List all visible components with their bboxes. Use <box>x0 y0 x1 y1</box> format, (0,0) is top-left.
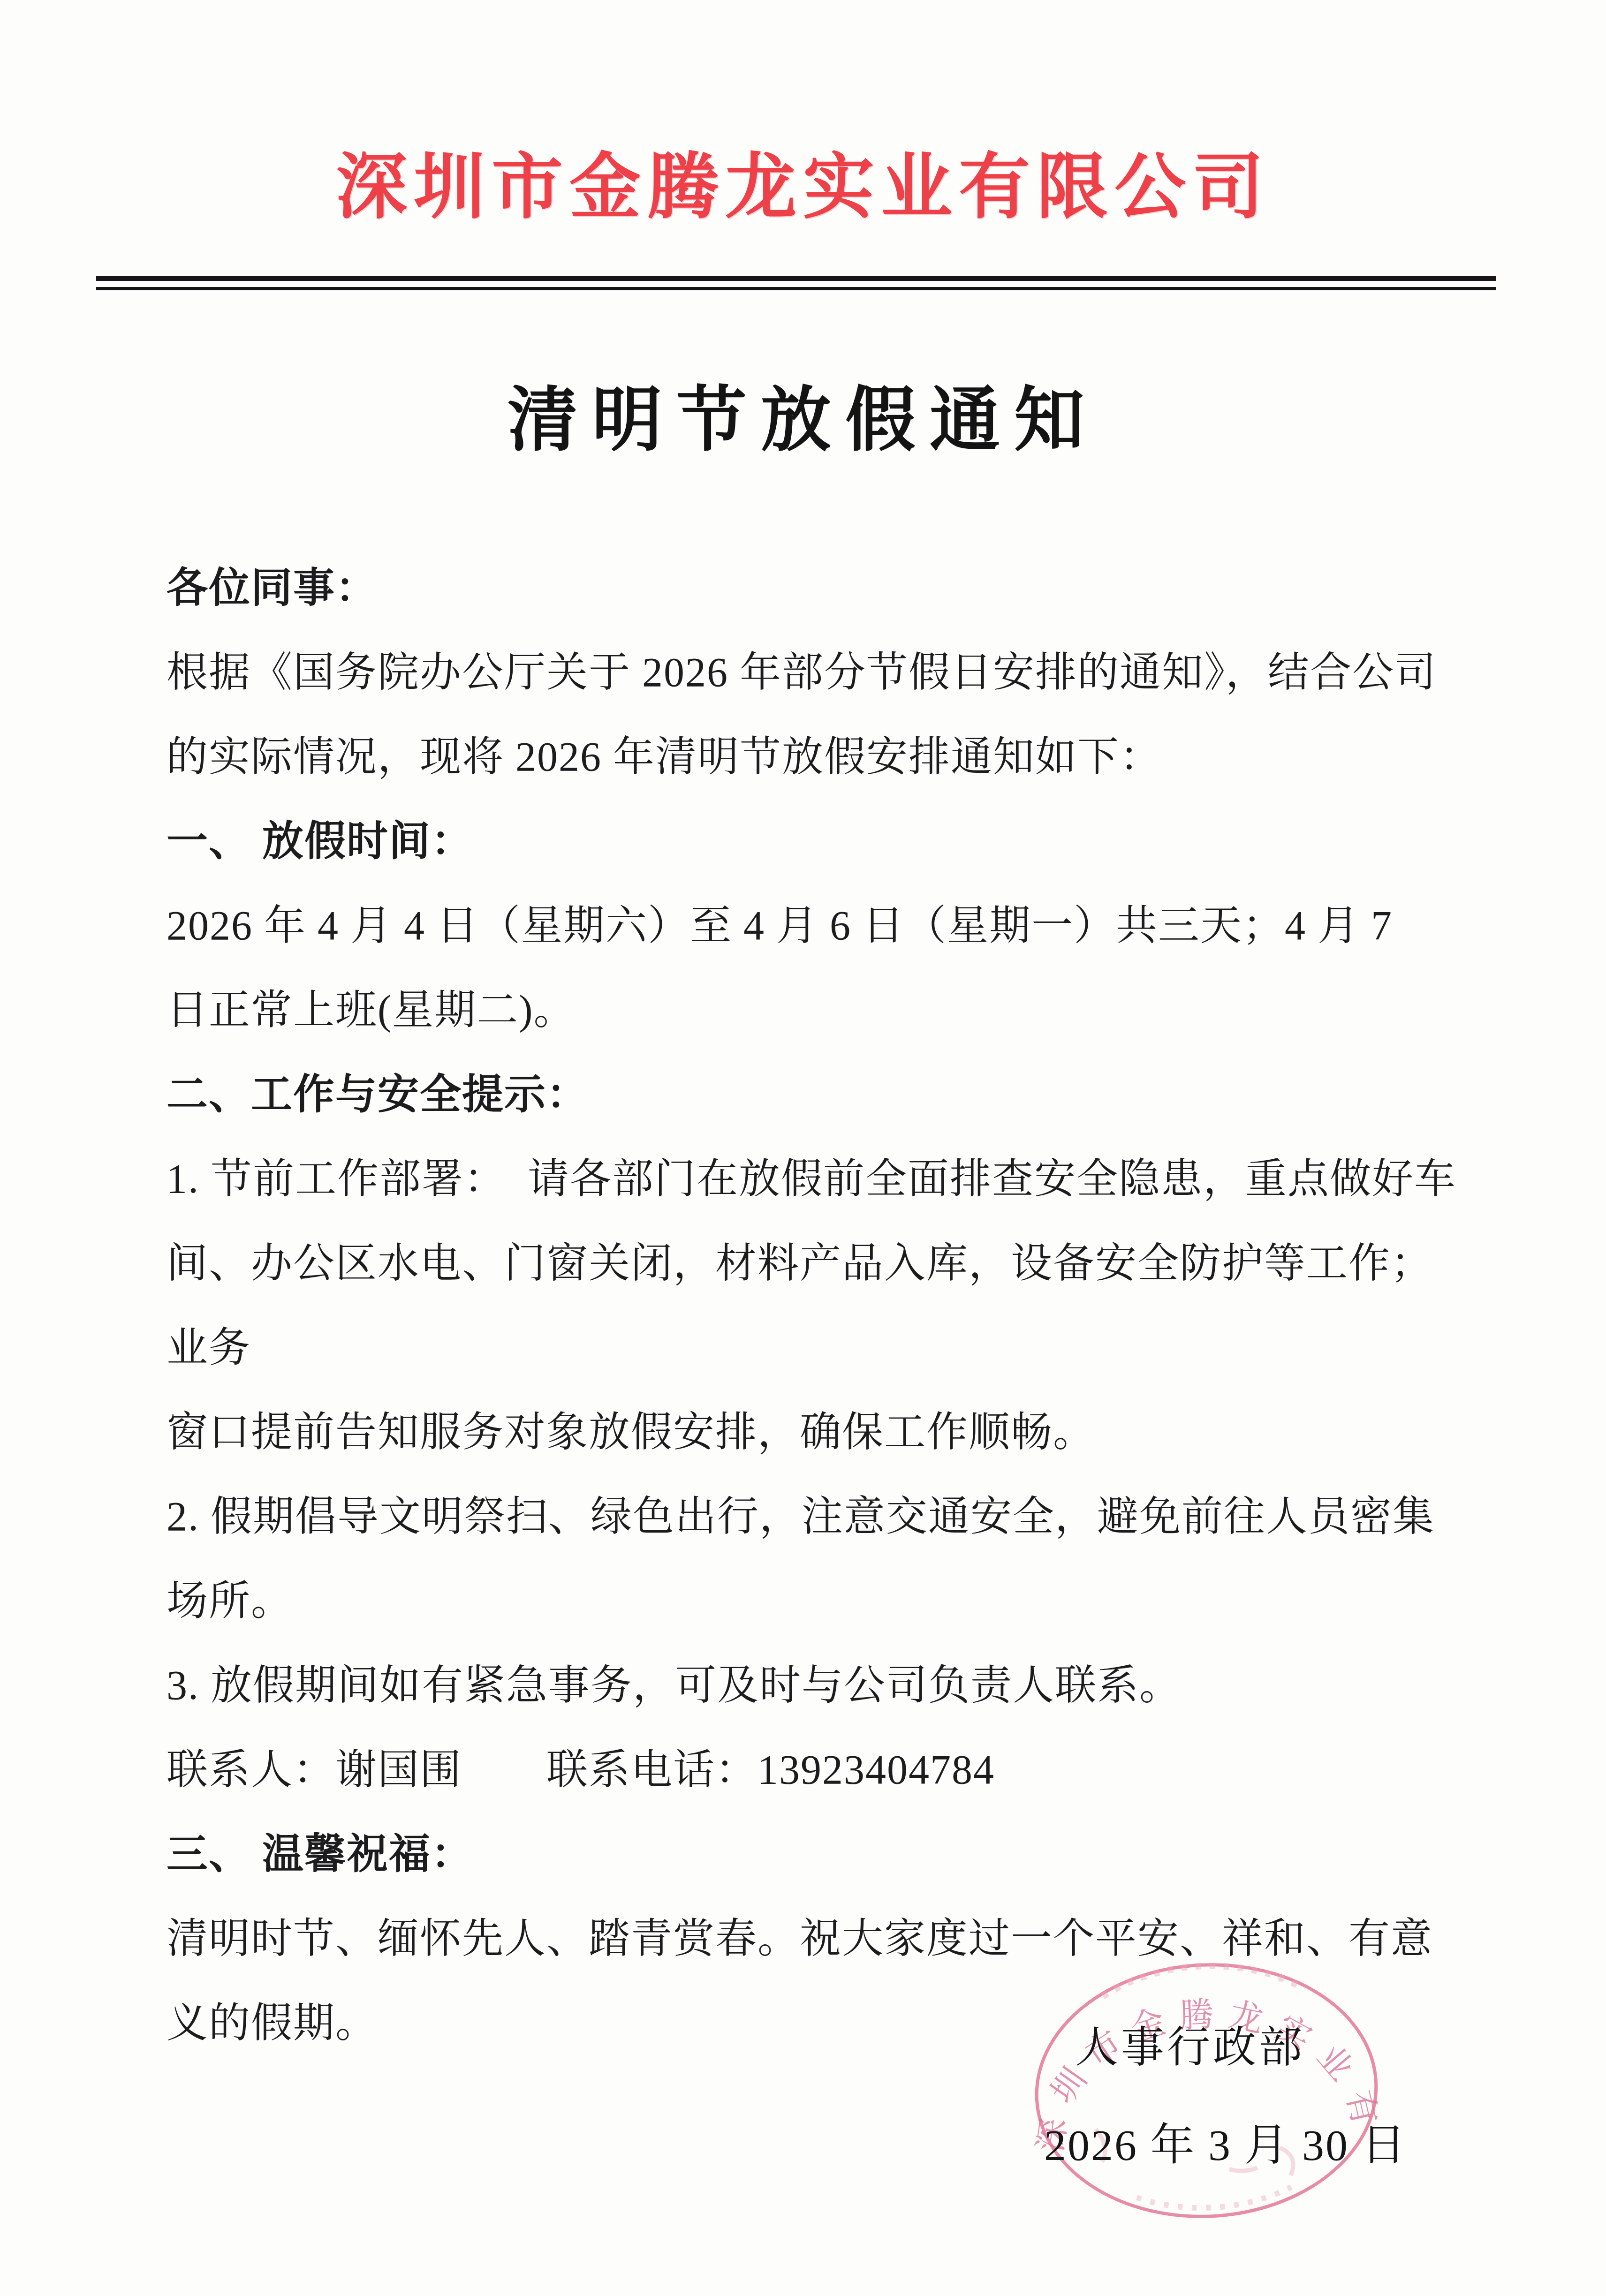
divider-thick-line <box>96 276 1496 281</box>
company-letterhead: 深圳市金腾龙实业有限公司 <box>0 0 1606 234</box>
seal-residue-bottom <box>1136 2187 1292 2212</box>
section2-item1-line-3: 窗口提前告知服务对象放假安排，确保工作顺畅。 <box>167 1390 1470 1475</box>
divider-thin-line <box>96 287 1496 290</box>
company-name: 深圳市金腾龙实业有限公司 <box>336 148 1270 227</box>
letterhead-divider <box>96 276 1496 290</box>
section2-item2-line-2: 场所。 <box>167 1559 1470 1644</box>
scanned-notice-document: 深圳市金腾龙实业有限公司 清明节放假通知 各位同事： 根据《国务院办公厅关于 2… <box>0 0 1606 2296</box>
salutation: 各位同事： <box>167 546 1470 631</box>
seal-residue-top <box>1101 1961 1299 1997</box>
intro-line-1: 根据《国务院办公厅关于 2026 年部分节假日安排的通知》，结合公司 <box>167 631 1470 715</box>
section2-item3: 3. 放假期间如有紧急事务，可及时与公司负责人联系。 <box>167 1644 1470 1728</box>
section2-item2-line-1: 2. 假期倡导文明祭扫、绿色出行，注意交通安全，避免前往人员密集 <box>167 1475 1470 1559</box>
section1-line-2: 日正常上班(星期二)。 <box>167 968 1470 1053</box>
section1-line-1: 2026 年 4 月 4 日（星期六）至 4 月 6 日（星期一）共三天；4 月… <box>167 884 1470 968</box>
section1-heading: 一、 放假时间： <box>167 800 1470 884</box>
section2-heading: 二、工作与安全提示： <box>167 1053 1470 1137</box>
signing-department: 人事行政部 <box>1075 2013 1305 2075</box>
section3-heading: 三、 温馨祝福： <box>167 1813 1470 1897</box>
notice-body: 各位同事： 根据《国务院办公厅关于 2026 年部分节假日安排的通知》，结合公司… <box>0 546 1606 2066</box>
company-seal: 深圳市金腾龙实业有限公司 <box>1023 1950 1389 2231</box>
section2-item1-line-1: 1. 节前工作部署： 请各部门在放假前全面排查安全隐患，重点做好车 <box>167 1137 1470 1222</box>
section2-item1-line-2: 间、办公区水电、门窗关闭，材料产品入库，设备安全防护等工作；业务 <box>167 1222 1470 1390</box>
intro-line-2: 的实际情况，现将 2026 年清明节放假安排通知如下： <box>167 715 1470 800</box>
signing-date: 2026 年 3 月 30 日 <box>1044 2109 1407 2173</box>
document-title: 清明节放假通知 <box>0 382 1606 460</box>
contact-line: 联系人：谢国围 联系电话：13923404784 <box>167 1728 1470 1813</box>
